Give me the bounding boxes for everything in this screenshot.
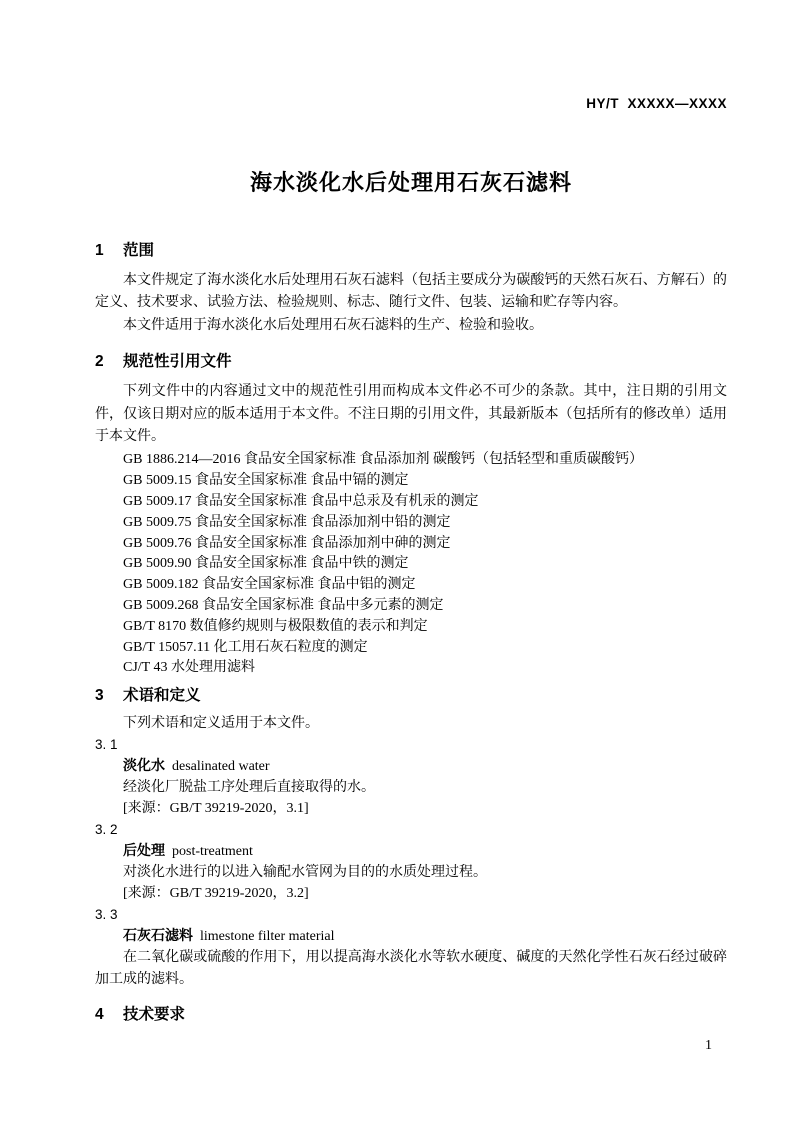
reference-item: GB 5009.75 食品安全国家标准 食品添加剂中铅的测定 bbox=[95, 513, 727, 534]
reference-item: GB 5009.17 食品安全国家标准 食品中总汞及有机汞的测定 bbox=[95, 492, 727, 513]
standard-document-page: HY/T XXXXX—XXXX 海水淡化水后处理用石灰石滤料 1范围 本文件规定… bbox=[0, 0, 800, 1132]
reference-item: CJ/T 43 水处理用滤料 bbox=[95, 658, 727, 679]
normative-refs-list: GB 1886.214—2016 食品安全国家标准 食品添加剂 碳酸钙（包括轻型… bbox=[95, 450, 727, 679]
section-2-title: 规范性引用文件 bbox=[123, 353, 232, 370]
section-3-title: 术语和定义 bbox=[123, 687, 201, 704]
term-entry-3-3: 3. 3 石灰石滤料limestone filter material 在二氧化… bbox=[95, 904, 727, 990]
section-4-heading: 4技术要求 bbox=[95, 1004, 727, 1026]
term-title-line: 淡化水desalinated water bbox=[95, 755, 727, 777]
terms-intro: 下列术语和定义适用于本文件。 bbox=[95, 713, 727, 734]
reference-item: GB 5009.90 食品安全国家标准 食品中铁的测定 bbox=[95, 554, 727, 575]
page-number: 1 bbox=[705, 1038, 712, 1054]
section-2-number: 2 bbox=[95, 351, 123, 373]
term-clause-number: 3. 1 bbox=[95, 734, 727, 755]
doc-code: HY/T XXXXX—XXXX bbox=[95, 96, 727, 112]
term-clause-number: 3. 2 bbox=[95, 819, 727, 840]
term-definition: 经淡化厂脱盐工序处理后直接取得的水。 bbox=[95, 777, 727, 798]
section-1-number: 1 bbox=[95, 240, 123, 262]
term-name-zh: 后处理 bbox=[123, 842, 165, 858]
term-source: [来源：GB/T 39219-2020，3.1] bbox=[95, 798, 727, 819]
reference-item: GB 5009.15 食品安全国家标准 食品中镉的测定 bbox=[95, 471, 727, 492]
scope-paragraph-2: 本文件适用于海水淡化水后处理用石灰石滤料的生产、检验和验收。 bbox=[95, 315, 727, 337]
section-2-heading: 2规范性引用文件 bbox=[95, 351, 727, 373]
term-name-zh: 石灰石滤料 bbox=[123, 927, 193, 943]
term-definition: 对淡化水进行的以进入输配水管网为目的的水质处理过程。 bbox=[95, 862, 727, 883]
reference-item: GB 5009.182 食品安全国家标准 食品中铝的测定 bbox=[95, 575, 727, 596]
section-4-number: 4 bbox=[95, 1004, 123, 1026]
section-3-number: 3 bbox=[95, 685, 123, 707]
term-source: [来源：GB/T 39219-2020，3.2] bbox=[95, 883, 727, 904]
scope-paragraph-1: 本文件规定了海水淡化水后处理用石灰石滤料（包括主要成分为碳酸钙的天然石灰石、方解… bbox=[95, 270, 727, 315]
term-entry-3-2: 3. 2 后处理post-treatment 对淡化水进行的以进入输配水管网为目… bbox=[95, 819, 727, 904]
reference-item: GB/T 15057.11 化工用石灰石粒度的测定 bbox=[95, 638, 727, 659]
term-name-en: limestone filter material bbox=[200, 929, 335, 944]
section-4-title: 技术要求 bbox=[123, 1006, 185, 1023]
reference-item: GB/T 8170 数值修约规则与极限数值的表示和判定 bbox=[95, 617, 727, 638]
normative-refs-intro: 下列文件中的内容通过文中的规范性引用而构成本文件必不可少的条款。其中，注日期的引… bbox=[95, 381, 727, 448]
term-name-zh: 淡化水 bbox=[123, 757, 165, 773]
term-clause-number: 3. 3 bbox=[95, 904, 727, 925]
term-entry-3-1: 3. 1 淡化水desalinated water 经淡化厂脱盐工序处理后直接取… bbox=[95, 734, 727, 819]
term-name-en: post-treatment bbox=[172, 844, 253, 859]
term-title-line: 后处理post-treatment bbox=[95, 840, 727, 862]
doc-title: 海水淡化水后处理用石灰石滤料 bbox=[95, 168, 727, 198]
section-3-heading: 3术语和定义 bbox=[95, 685, 727, 707]
section-1-title: 范围 bbox=[123, 242, 154, 259]
term-title-line: 石灰石滤料limestone filter material bbox=[95, 925, 727, 947]
term-definition: 在二氧化碳或硫酸的作用下，用以提高海水淡化水等软水硬度、碱度的天然化学性石灰石经… bbox=[95, 947, 727, 990]
reference-item: GB 1886.214—2016 食品安全国家标准 食品添加剂 碳酸钙（包括轻型… bbox=[95, 450, 727, 471]
term-name-en: desalinated water bbox=[172, 759, 270, 774]
reference-item: GB 5009.268 食品安全国家标准 食品中多元素的测定 bbox=[95, 596, 727, 617]
section-1-heading: 1范围 bbox=[95, 240, 727, 262]
reference-item: GB 5009.76 食品安全国家标准 食品添加剂中砷的测定 bbox=[95, 534, 727, 555]
